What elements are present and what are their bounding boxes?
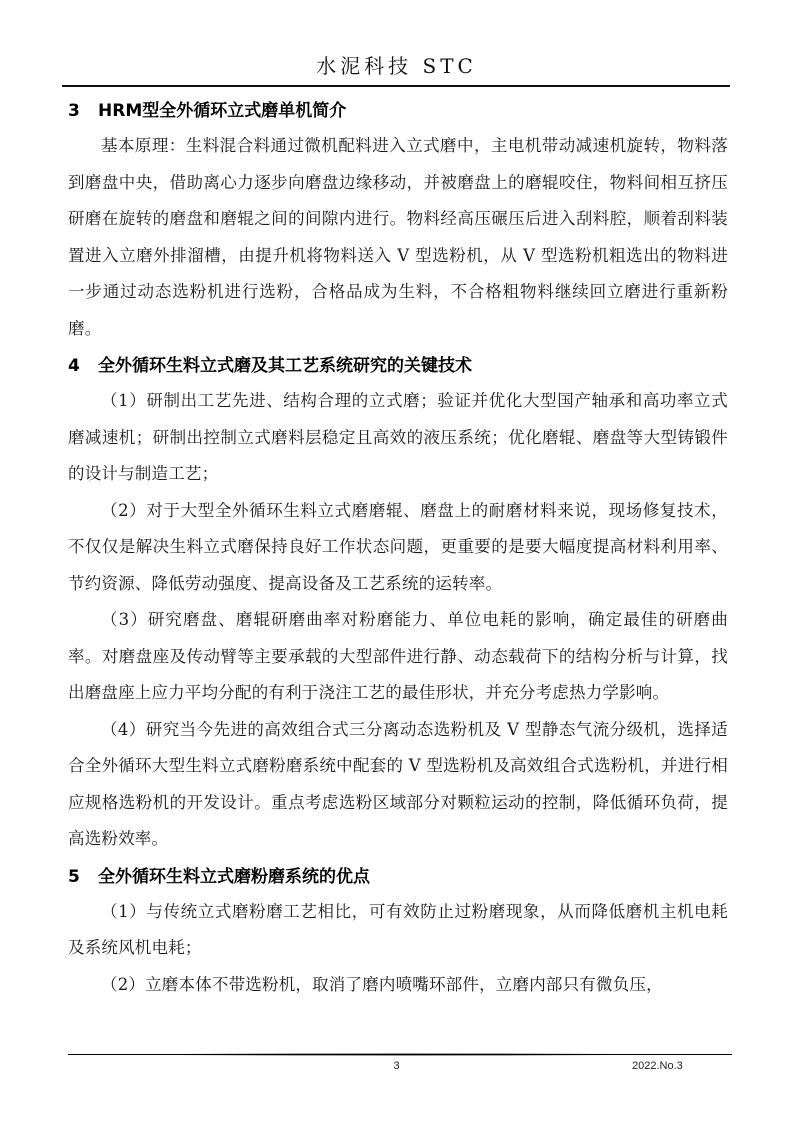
paragraph: （3）研究磨盘、磨辊研磨曲率对粉磨能力、单位电耗的影响，确定最佳的研磨曲率。对磨… (68, 602, 728, 712)
paragraph: （1）研制出工艺先进、结构合理的立式磨；验证并优化大型国产轴承和高功率立式磨减速… (68, 383, 728, 493)
issue-label: 2022.No.3 (632, 1060, 683, 1072)
section-title: 全外循环生料立式磨粉磨系统的优点 (98, 867, 370, 887)
paragraph: （2）对于大型全外循环生料立式磨磨辊、磨盘上的耐磨材料来说，现场修复技术，不仅仅… (68, 493, 728, 603)
section-5: 5全外循环生料立式磨粉磨系统的优点 （1）与传统立式磨粉磨工艺相比，可有效防止过… (68, 858, 728, 1004)
section-number: 4 (68, 353, 98, 379)
section-heading: 3HRM型全外循环立式磨单机简介 (68, 92, 728, 128)
section-heading: 4全外循环生料立式磨及其工艺系统研究的关键技术 (68, 347, 728, 383)
journal-header-title: 水泥科技 STC (0, 50, 793, 79)
section-title: HRM型全外循环立式磨单机简介 (98, 101, 346, 121)
section-number: 5 (68, 864, 98, 890)
header-divider (62, 85, 730, 87)
article-body: 3HRM型全外循环立式磨单机简介 基本原理：生料混合料通过微机配料进入立式磨中，… (68, 92, 728, 1003)
section-4: 4全外循环生料立式磨及其工艺系统研究的关键技术 （1）研制出工艺先进、结构合理的… (68, 347, 728, 858)
section-number: 3 (68, 98, 98, 124)
paragraph: 基本原理：生料混合料通过微机配料进入立式磨中，主电机带动减速机旋转，物料落到磨盘… (68, 128, 728, 347)
section-title: 全外循环生料立式磨及其工艺系统研究的关键技术 (98, 356, 472, 376)
paragraph: （2）立磨本体不带选粉机，取消了磨内喷嘴环部件，立磨内部只有微负压， (68, 967, 728, 1004)
section-3: 3HRM型全外循环立式磨单机简介 基本原理：生料混合料通过微机配料进入立式磨中，… (68, 92, 728, 347)
section-heading: 5全外循环生料立式磨粉磨系统的优点 (68, 858, 728, 894)
paragraph: （1）与传统立式磨粉磨工艺相比，可有效防止过粉磨现象，从而降低磨机主机电耗及系统… (68, 894, 728, 967)
paragraph: （4）研究当今先进的高效组合式三分离动态选粉机及 V 型静态气流分级机，选择适合… (68, 712, 728, 858)
